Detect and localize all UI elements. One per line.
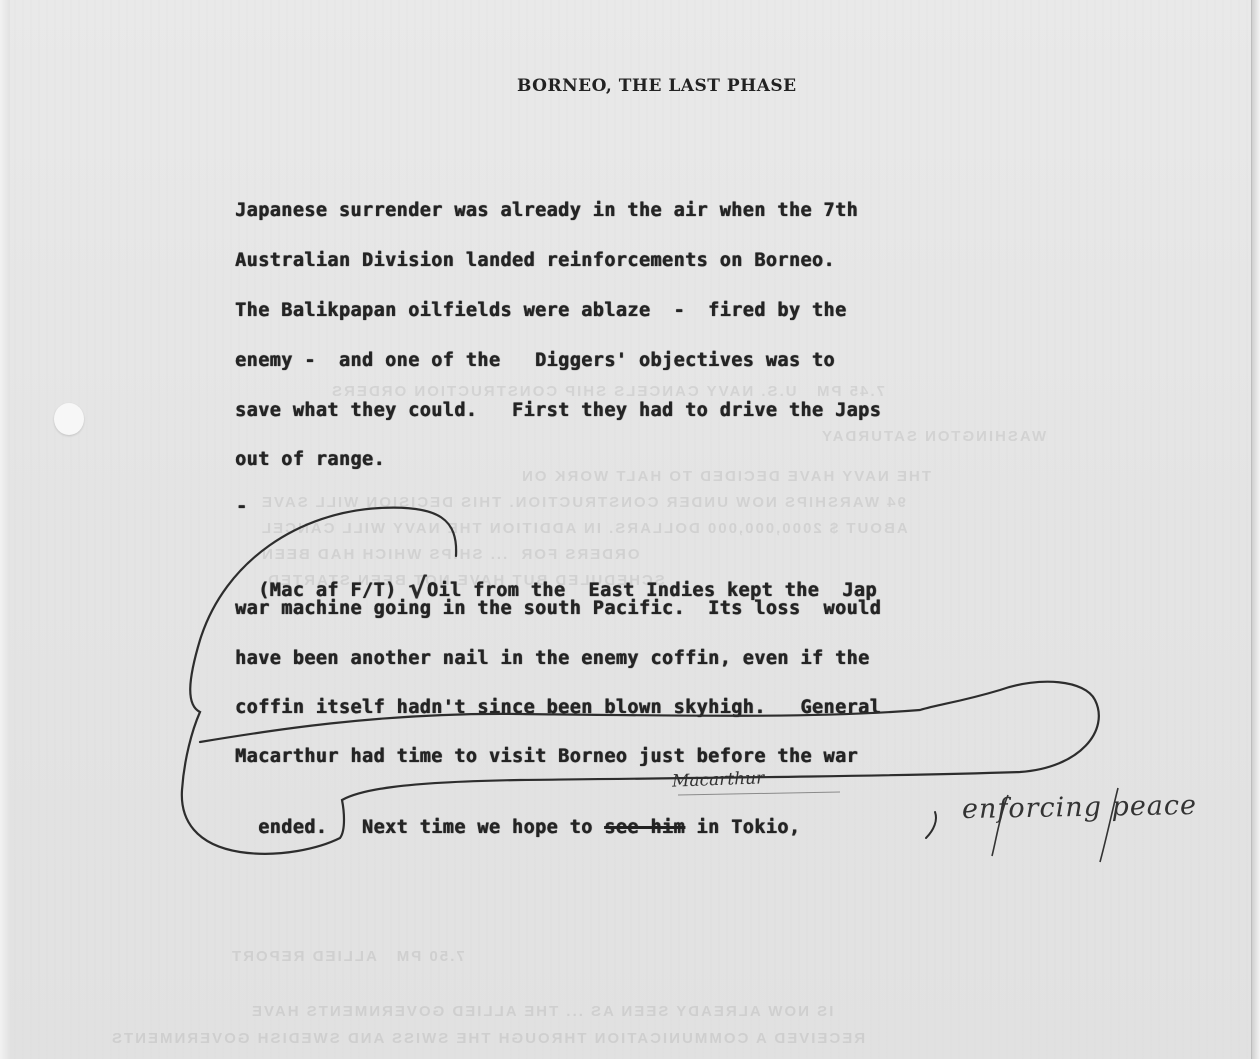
text-segment: in Tokio, <box>685 817 800 838</box>
bleed-through-line: IS NOW ALREADY SEEN AS ... THE ALLIED GO… <box>250 1003 833 1020</box>
paper-right-edge <box>1251 0 1260 1059</box>
punch-hole <box>54 403 84 435</box>
bleed-through-line: RECEIVED A COMMUNICATION THROUGH THE SWI… <box>110 1030 865 1047</box>
paper-left-edge <box>0 0 10 1059</box>
text-line: out of range. <box>235 449 385 470</box>
bleed-through-line: 94 WARSHIPS NOW UNDER CONSTRUCTION. THIS… <box>260 494 906 511</box>
text-segment: ended. Next time we hope to <box>258 817 604 838</box>
text-line: war machine going in the south Pacific. … <box>235 598 881 619</box>
text-line-last: ended. Next time we hope to see him in T… <box>235 796 800 838</box>
bleed-through-line: 7.45 PM U.S. NAVY CANCELS SHIP CONSTRUCT… <box>330 383 885 400</box>
text-line: save what they could. First they had to … <box>235 400 881 421</box>
text-line-with-prefix: (Mac af F/T) √Oil from the East Indies k… <box>235 549 877 603</box>
text-line: Australian Division landed reinforcement… <box>235 250 835 271</box>
text-line: The Balikpapan oilfields were ablaze - f… <box>235 300 847 321</box>
bleed-through-line: 7.50 PM ALLIED REPORT <box>230 948 465 965</box>
handwritten-insertion: Macarthur <box>672 768 765 791</box>
text-line: Macarthur had time to visit Borneo just … <box>235 746 858 767</box>
text-line: have been another nail in the enemy coff… <box>235 648 870 669</box>
bleed-through-line: ABOUT $ 2000,000,000 DOLLARS. IN ADDITIO… <box>260 520 908 537</box>
bullet-mark: - <box>236 496 248 517</box>
text-line: enemy - and one of the Diggers' objectiv… <box>235 350 835 371</box>
text-line: Japanese surrender was already in the ai… <box>235 200 858 221</box>
struck-text: see him <box>604 817 685 838</box>
document-title: BORNEO, THE LAST PHASE <box>517 76 797 96</box>
handwritten-margin-note: enforcing peace <box>962 790 1198 825</box>
text-line: coffin itself hadn't since been blown sk… <box>235 697 881 718</box>
bleed-through-line: THE NAVY HAVE DECIDED TO HALT WORK ON <box>520 468 931 485</box>
bleed-through-line: WASHINGTON SATURDAY <box>820 428 1046 445</box>
